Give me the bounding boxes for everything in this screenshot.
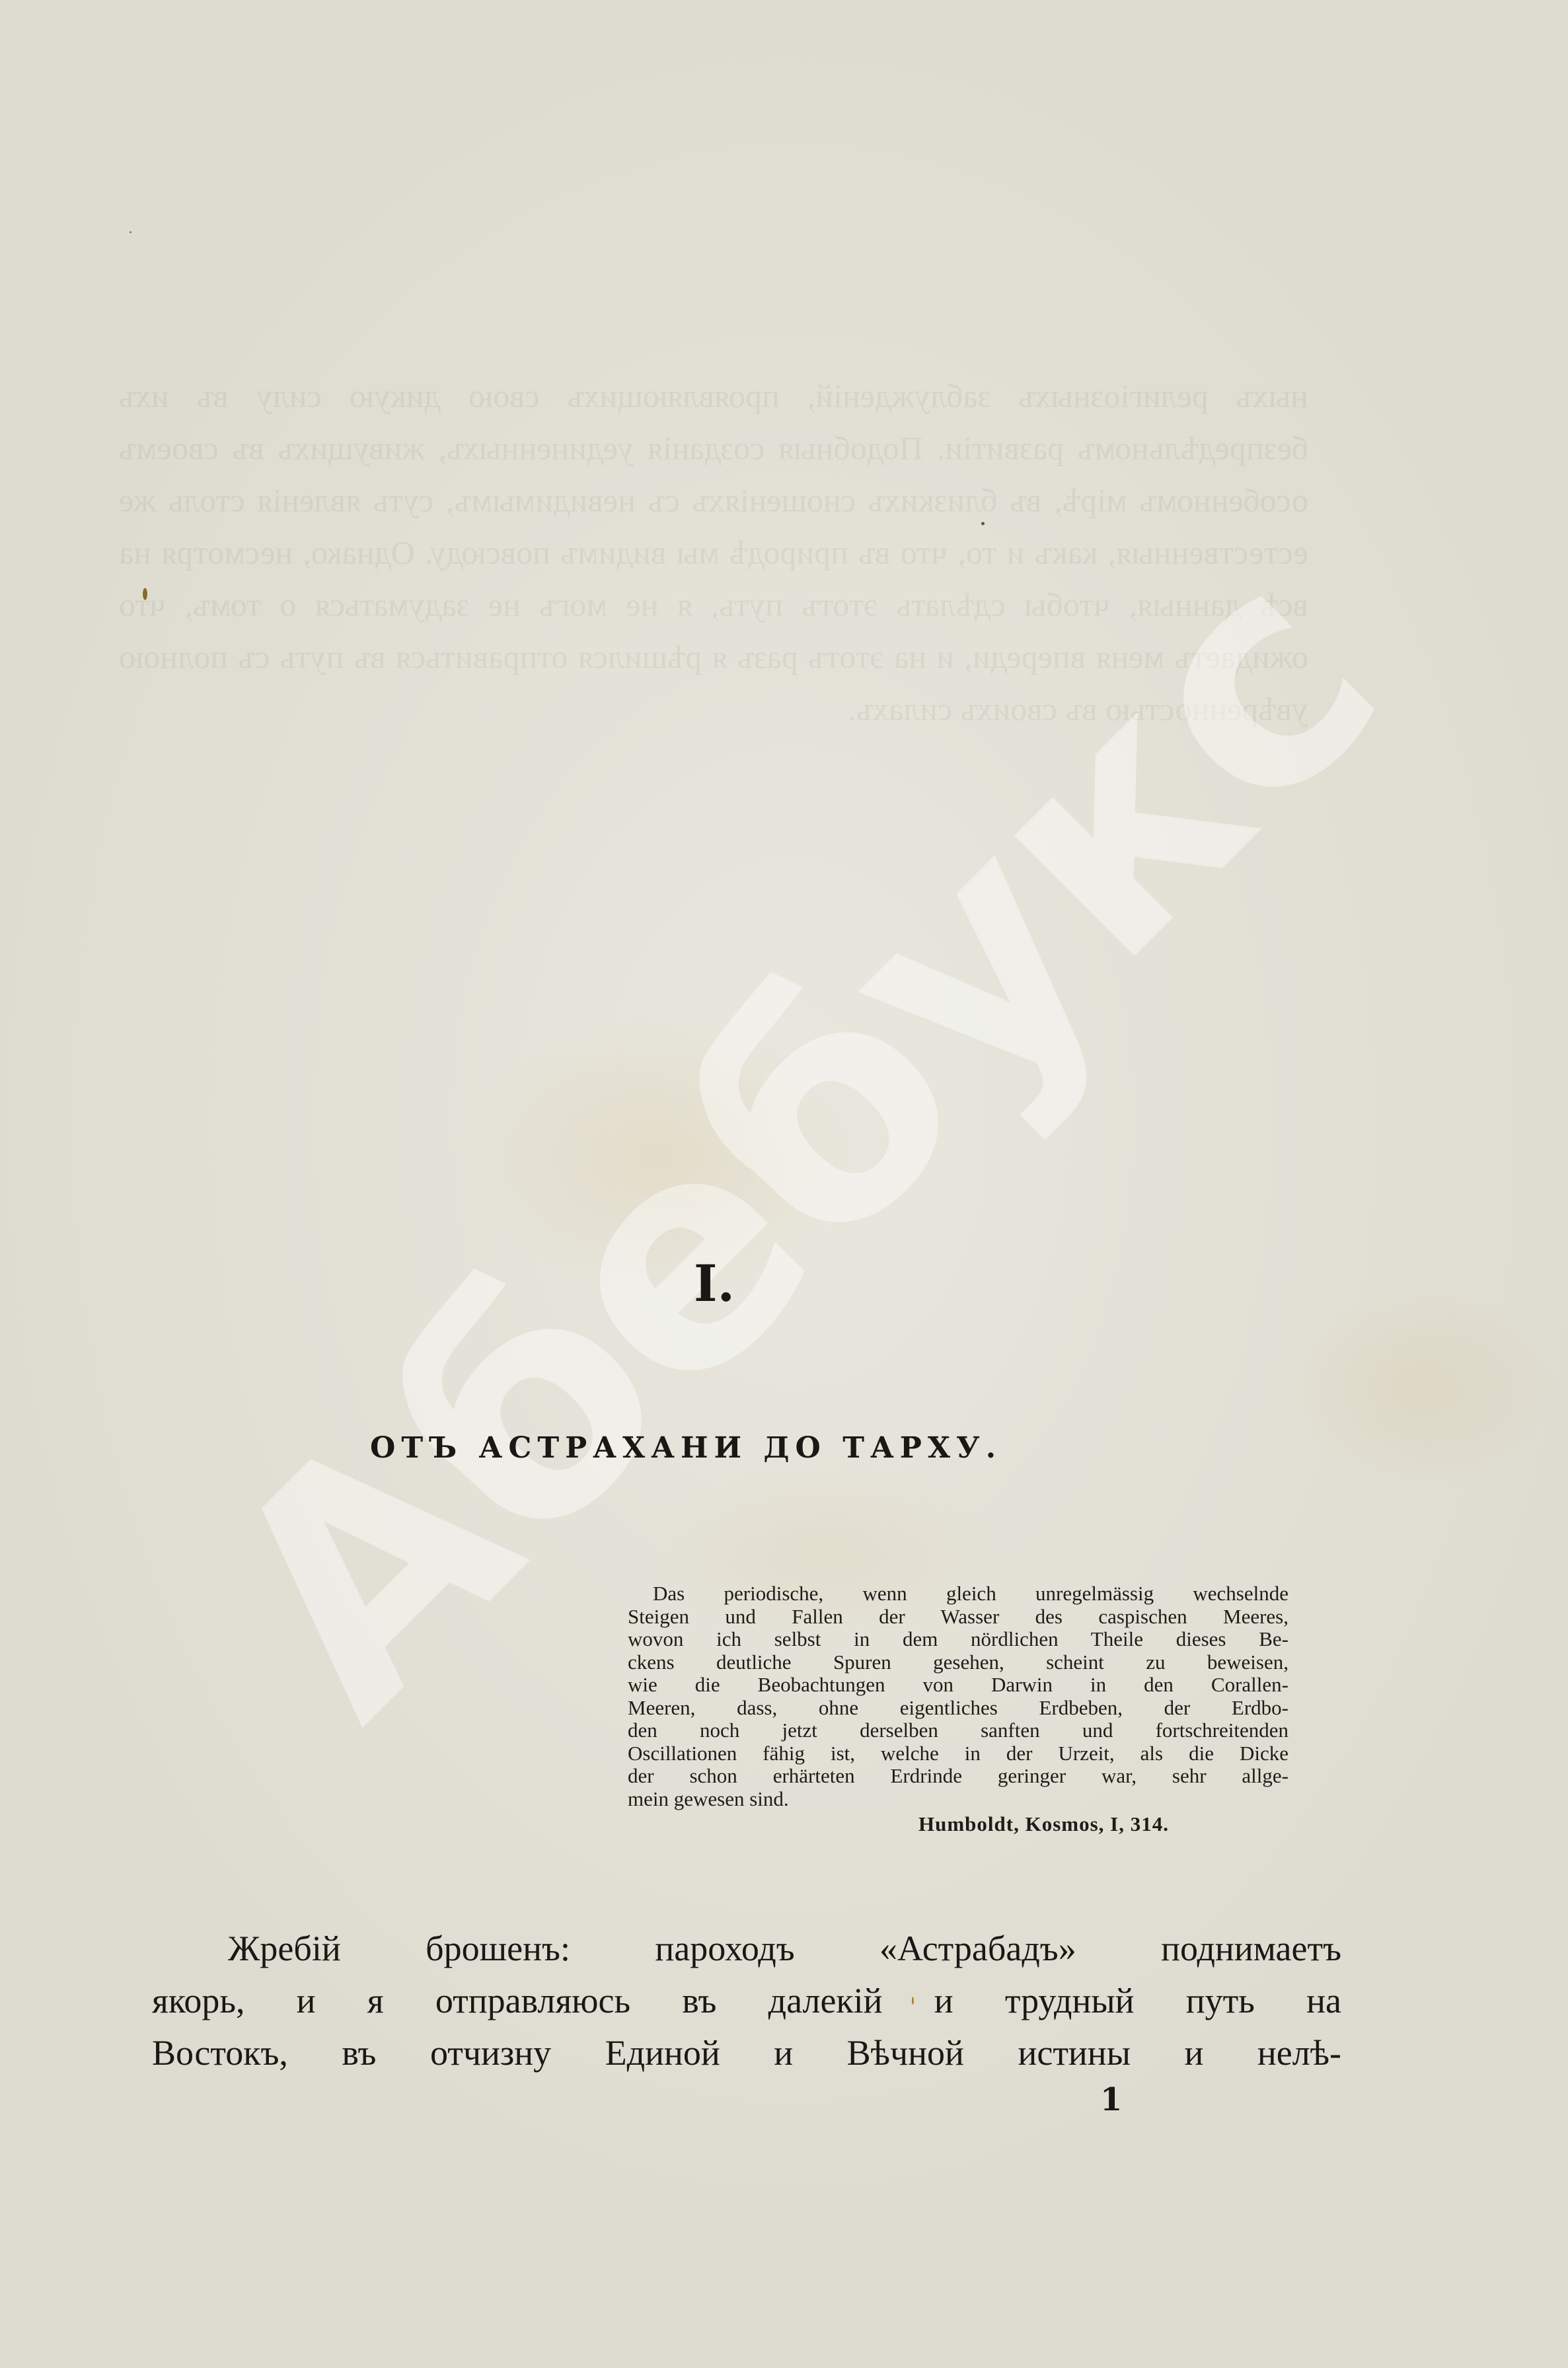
body-line: Жребій брошенъ: пароходъ «Астрабадъ» под…	[152, 1923, 1341, 1975]
epigraph-line: den noch jetzt derselben sanften und for…	[628, 1719, 1288, 1742]
epigraph-line: der schon erhärteten Erdrinde geringer w…	[628, 1765, 1288, 1788]
epigraph-line: mein gewesen sind.	[628, 1788, 1288, 1811]
body-line: якорь, и я отправляюсь въ далекій и труд…	[152, 1975, 1341, 2027]
epigraph: Das periodische, wenn gleich unregelmäss…	[628, 1582, 1288, 1836]
body-line: Востокъ, въ отчизну Единой и Вѣчной исти…	[152, 2027, 1341, 2079]
epigraph-line: wie die Beobachtungen von Darwin in den …	[628, 1674, 1288, 1697]
ink-speck	[912, 1997, 914, 2005]
book-page: ныхъ религіозныхъ заблужденій, проявляющ…	[0, 0, 1568, 2368]
ink-speck	[981, 522, 985, 525]
epigraph-line: ckens deutliche Spuren gesehen, scheint …	[628, 1651, 1288, 1674]
epigraph-line: Steigen und Fallen der Wasser des caspis…	[628, 1606, 1288, 1629]
body-text: Жребій брошенъ: пароходъ «Астрабадъ» под…	[152, 1923, 1341, 2079]
chapter-number: I.	[694, 1259, 735, 1309]
ink-speck	[130, 231, 131, 233]
ink-speck	[143, 588, 147, 600]
chapter-title: ОТЪ АСТРАХАНИ ДО ТАРХУ.	[370, 1434, 1117, 1463]
epigraph-line: Meeren, dass, ohne eigentliches Erdbeben…	[628, 1697, 1288, 1720]
page-number: 1	[1100, 2081, 1122, 2118]
epigraph-attribution: Humboldt, Kosmos, I, 314.	[628, 1813, 1288, 1836]
epigraph-line: Das periodische, wenn gleich unregelmäss…	[628, 1582, 1288, 1606]
reverse-page-showthrough: ныхъ религіозныхъ заблужденій, проявляющ…	[119, 370, 1308, 735]
epigraph-line: wovon ich selbst in dem nördlichen Theil…	[628, 1628, 1288, 1651]
epigraph-line: Oscillationen fähig ist, welche in der U…	[628, 1742, 1288, 1765]
